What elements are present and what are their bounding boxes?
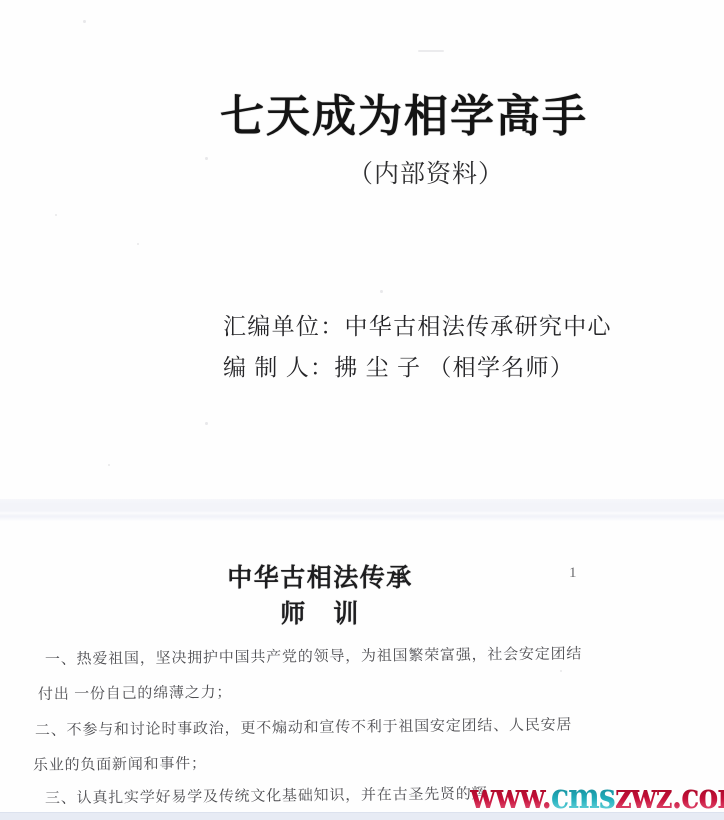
page-number: 1 [569, 565, 577, 582]
watermark-www-segment: www. [470, 777, 551, 817]
page2-heading-line2: 师 训 [0, 597, 682, 633]
body-text-line: 付出 一份自己的绵薄之力； [38, 681, 232, 704]
compiler-info-block: 汇编单位：中华古相法传承研究中心 编 制 人：拂 尘 子 （相学名师） [223, 306, 612, 388]
scan-speck [137, 243, 139, 245]
scan-smudge [418, 50, 444, 52]
body-text-line: 乐业的负面新闻和事件； [33, 752, 207, 775]
document-title: 七天成为相学高手 [42, 80, 724, 144]
editor-name-line: 编 制 人：拂 尘 子 （相学名师） [223, 347, 612, 388]
scan-speck [205, 157, 208, 160]
scan-speck [83, 20, 86, 23]
scan-speck [205, 422, 208, 425]
scan-page-1: 七天成为相学高手 （内部资料） 汇编单位：中华古相法传承研究中心 编 制 人：拂… [0, 0, 724, 499]
scan-speck [108, 464, 110, 466]
page2-heading: 中华古相法传承 师 训 [0, 561, 682, 633]
scan-speck [55, 214, 57, 216]
document-subtitle: （内部资料） [64, 154, 724, 190]
compiler-unit-line: 汇编单位：中华古相法传承研究中心 [223, 306, 612, 347]
scan-speck [560, 670, 562, 672]
scan-speck [380, 290, 383, 293]
page-separator-band [0, 499, 724, 521]
watermark-zwzcom-segment: zwz.com [615, 777, 724, 817]
site-watermark: www.cmszwz.com [470, 777, 724, 817]
page2-heading-line1: 中华古相法传承 [0, 561, 682, 597]
watermark-cms-segment: cms [551, 777, 615, 817]
scanned-document-view: 七天成为相学高手 （内部资料） 汇编单位：中华古相法传承研究中心 编 制 人：拂… [0, 0, 724, 820]
